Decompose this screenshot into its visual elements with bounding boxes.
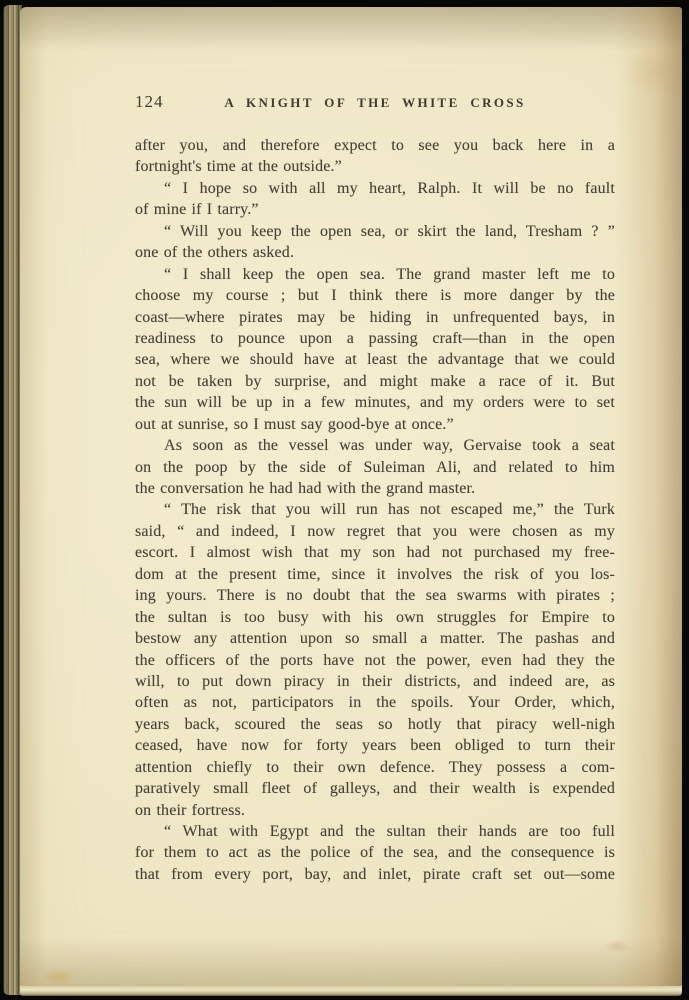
text-line: sea, where we should have at least the a… — [135, 349, 615, 370]
page-header: 124 A KNIGHT OF THE WHITE CROSS — [135, 95, 615, 111]
text-line: “ I shall keep the open sea. The grand m… — [135, 264, 615, 285]
paragraph: “ I shall keep the open sea. The grand m… — [135, 264, 615, 436]
paragraph: after you, and therefore expect to see y… — [135, 135, 615, 178]
text-line: of mine if I tarry.” — [135, 199, 615, 220]
text-line: the conversation he had had with the gra… — [135, 478, 615, 499]
text-line: choose my course ; but I think there is … — [135, 285, 615, 306]
text-line: dom at the present time, since it involv… — [135, 564, 615, 585]
text-line: escort. I almost wish that my son had no… — [135, 542, 615, 563]
text-line: the sultan is too busy with his own stru… — [135, 607, 615, 628]
paragraph: “ Will you keep the open sea, or skirt t… — [135, 221, 615, 264]
text-line: said, “ and indeed, I now regret that yo… — [135, 521, 615, 542]
page-stack-bottom-edge — [20, 985, 682, 996]
text-line: coast—where pirates may be hiding in unf… — [135, 307, 615, 328]
paragraph: “ I hope so with all my heart, Ralph. It… — [135, 178, 615, 221]
text-line: years back, scoured the seas so hotly th… — [135, 714, 615, 735]
text-line: not be taken by surprise, and might make… — [135, 371, 615, 392]
text-line: As soon as the vessel was under way, Ger… — [135, 435, 615, 456]
page-text: after you, and therefore expect to see y… — [135, 135, 615, 885]
paragraph: As soon as the vessel was under way, Ger… — [135, 435, 615, 499]
text-line: that from every port, bay, and inlet, pi… — [135, 864, 615, 885]
text-line: often as not, participators in the spoil… — [135, 692, 615, 713]
text-line: readiness to pounce upon a passing craft… — [135, 328, 615, 349]
text-line: “ I hope so with all my heart, Ralph. It… — [135, 178, 615, 199]
text-line: ing yours. There is no doubt that the se… — [135, 585, 615, 606]
text-line: the officers of the ports have not the p… — [135, 650, 615, 671]
text-line: on the poop by the side of Suleiman Ali,… — [135, 457, 615, 478]
text-line: out at sunrise, so I must say good-bye a… — [135, 414, 615, 435]
text-line: the sun will be up in a few minutes, and… — [135, 392, 615, 413]
running-title: A KNIGHT OF THE WHITE CROSS — [135, 95, 615, 111]
page-stain — [620, 47, 689, 97]
text-line: after you, and therefore expect to see y… — [135, 135, 615, 156]
text-line: “ Will you keep the open sea, or skirt t… — [135, 221, 615, 242]
text-line: “ What with Egypt and the sultan their h… — [135, 821, 615, 842]
text-line: attention chiefly to their own defence. … — [135, 757, 615, 778]
text-line: paratively small fleet of galleys, and t… — [135, 778, 615, 799]
text-line: ceased, have now for forty years been ob… — [135, 735, 615, 756]
paragraph: “ What with Egypt and the sultan their h… — [135, 821, 615, 885]
book-page: 124 A KNIGHT OF THE WHITE CROSS after yo… — [20, 7, 682, 986]
text-line: fortnight's time at the outside.” — [135, 156, 615, 177]
text-line: for them to act as the police of the sea… — [135, 842, 615, 863]
page-number: 124 — [135, 92, 164, 112]
book-scan: 124 A KNIGHT OF THE WHITE CROSS after yo… — [0, 0, 689, 1000]
text-line: bestow any attention upon so small a mat… — [135, 628, 615, 649]
paragraph: “ The risk that you will run has not esc… — [135, 499, 615, 821]
text-line: “ The risk that you will run has not esc… — [135, 499, 615, 520]
text-line: one of the others asked. — [135, 242, 615, 263]
text-line: on their fortress. — [135, 800, 615, 821]
text-line: will, to put down piracy in their distri… — [135, 671, 615, 692]
